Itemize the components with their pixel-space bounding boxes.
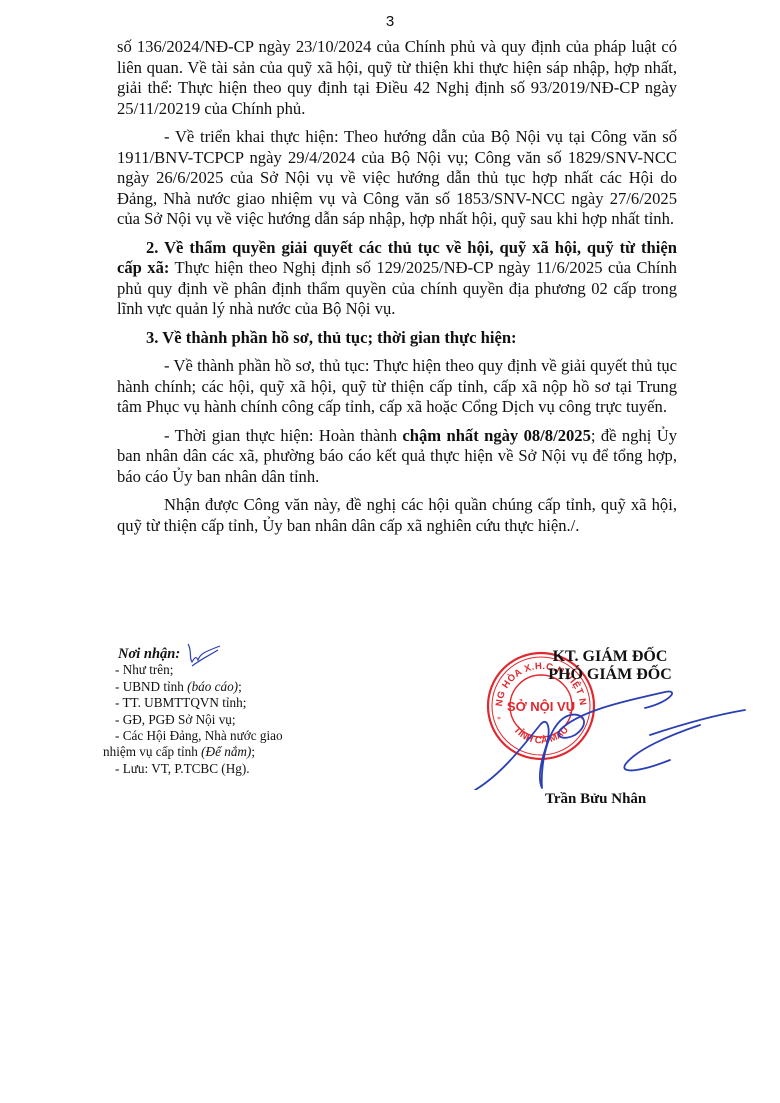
recipient-item: - GĐ, PGĐ Sở Nội vụ; [115, 712, 343, 728]
deadline-date: chậm nhất ngày 08/8/2025 [402, 426, 591, 445]
recipient-item: - Lưu: VT, P.TCBC (Hg). [115, 761, 343, 777]
handwritten-signature-icon [470, 680, 750, 790]
recipient-item: - Như trên; [115, 662, 343, 678]
signer-name: Trần Bửu Nhân [545, 791, 646, 808]
paragraph-authority: 2. Về thẩm quyền giải quyết các thủ tục … [117, 238, 677, 320]
paragraph-implementation: - Về triển khai thực hiện: Theo hướng dẫ… [117, 127, 677, 230]
paragraph-closing: Nhận được Công văn này, đề nghị các hội … [117, 495, 677, 536]
section-3-heading: 3. Về thành phần hồ sơ, thủ tục; thời gi… [117, 328, 677, 349]
signature-block: KT. GIÁM ĐỐC PHÓ GIÁM ĐỐC [530, 648, 690, 684]
recipients-title: Nơi nhận: [118, 646, 343, 662]
paragraph-dossier: - Về thành phần hồ sơ, thủ tục: Thực hiệ… [117, 356, 677, 418]
recipient-item: - UBND tỉnh (báo cáo); [115, 679, 343, 695]
recipients-block: Nơi nhận: - Như trên; - UBND tỉnh (báo c… [103, 646, 343, 777]
recipient-item: - TT. UBMTTQVN tỉnh; [115, 695, 343, 711]
document-body: số 136/2024/NĐ-CP ngày 23/10/2024 của Ch… [117, 37, 677, 544]
paragraph-deadline: - Thời gian thực hiện: Hoàn thành chậm n… [117, 426, 677, 488]
signature-title: KT. GIÁM ĐỐC [530, 648, 690, 666]
recipient-item: - Các Hội Đảng, Nhà nước giao [115, 728, 343, 744]
recipient-item-continued: nhiệm vụ cấp tỉnh (Để nắm); [103, 744, 343, 760]
page-number: 3 [0, 13, 780, 30]
paragraph-legal-basis: số 136/2024/NĐ-CP ngày 23/10/2024 của Ch… [117, 37, 677, 119]
initial-mark-icon [186, 642, 222, 670]
